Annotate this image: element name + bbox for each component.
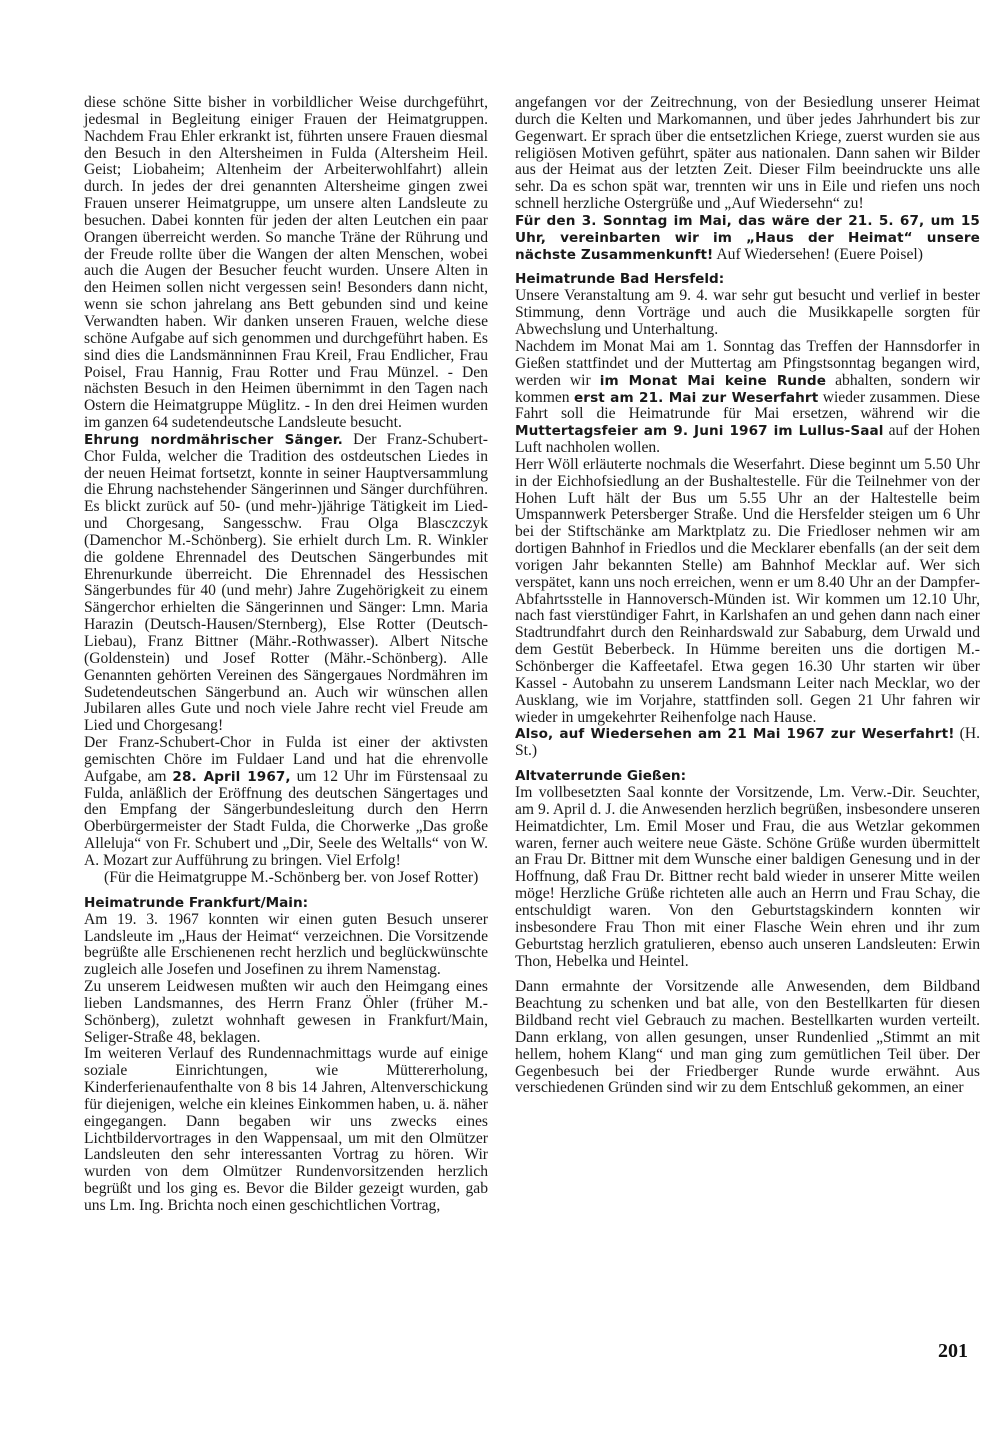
paragraph-frankfurt-visit: Am 19. 3. 1967 konnten wir einen guten B…	[84, 912, 488, 979]
paragraph-next-meeting: Für den 3. Sonntag im Mai, das wäre der …	[515, 213, 980, 264]
paragraph-giessen-meeting: Im vollbesetzten Saal konnte der Vorsitz…	[515, 785, 980, 970]
section-heading-frankfurt: Heimatrunde Frankfurt/Main:	[84, 895, 488, 912]
paragraph-altersheim-visit: diese schöne Sitte bisher in vorbildlich…	[84, 95, 488, 432]
paragraph-weserfahrt: Herr Wöll erläuterte nochmals die Weserf…	[515, 457, 980, 727]
section-heading-giessen: Altvaterrunde Gießen:	[515, 768, 980, 785]
paragraph-frankfurt-obituary: Zu unserem Leidwesen mußten wir auch den…	[84, 979, 488, 1046]
paragraph-lecture-continued: angefangen vor der Zeitrechnung, von der…	[515, 95, 980, 213]
inline-heading-ehrung: Ehrung nordmährischer Sänger.	[84, 432, 343, 448]
byline-rotter: (Für die Heimatgruppe M.-Schönberg ber. …	[84, 870, 488, 887]
paragraph-ehrung: Ehrung nordmährischer Sänger. Der Franz-…	[84, 432, 488, 735]
paragraph-schubert-chor: Der Franz-Schubert-Chor in Fulda ist ein…	[84, 735, 488, 870]
right-column: angefangen vor der Zeitrechnung, von der…	[515, 95, 980, 1097]
paragraph-hersfeld-may: Nachdem im Monat Mai am 1. Sonntag das T…	[515, 339, 980, 457]
paragraph-giessen-bildband: Dann ermahnte der Vorsitzende alle Anwes…	[515, 979, 980, 1097]
page-number: 201	[938, 1340, 968, 1363]
section-heading-bad-hersfeld: Heimatrunde Bad Hersfeld:	[515, 271, 980, 288]
paragraph-weserfahrt-closing: Also, auf Wiedersehen am 21 Mai 1967 zur…	[515, 726, 980, 760]
paragraph-hersfeld-event: Unsere Veranstaltung am 9. 4. war sehr g…	[515, 288, 980, 339]
left-column: diese schöne Sitte bisher in vorbildlich…	[84, 95, 488, 1215]
paragraph-frankfurt-lecture: Im weiteren Verlauf des Rundennachmittag…	[84, 1046, 488, 1214]
newspaper-page: diese schöne Sitte bisher in vorbildlich…	[0, 0, 1000, 1432]
